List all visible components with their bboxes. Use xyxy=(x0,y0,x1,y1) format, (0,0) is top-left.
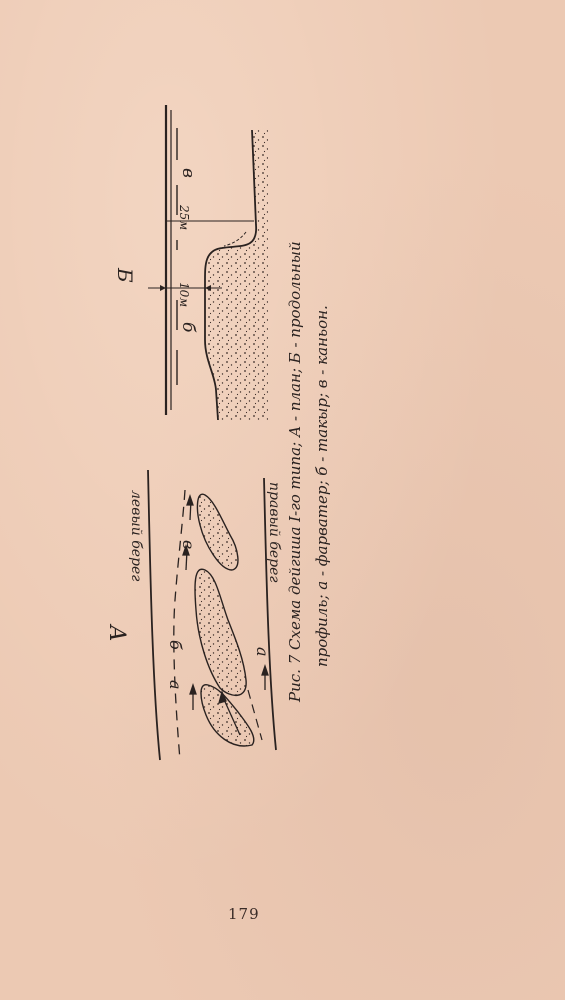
book-page: Б 25м 10м в б А левый берег xyxy=(0,0,565,1000)
panel-b-profile: Б 25м 10м в б xyxy=(113,105,268,420)
panel-b-label-b: б xyxy=(178,322,198,333)
dimension-10m: 10м xyxy=(177,282,191,307)
caption-line-1: Рис. 7 Схема дейгиша I-го типа; А - план… xyxy=(286,241,304,703)
right-bank-label: правый берег xyxy=(266,482,282,583)
panel-a-plan: А левый берег правый берег а б в а xyxy=(104,470,282,760)
label-b-takyr: б xyxy=(166,640,185,650)
panel-b-letter: Б xyxy=(113,267,137,283)
label-a-fairway: а xyxy=(166,680,185,690)
panel-a-letter: А xyxy=(104,623,129,642)
panel-b-label-v: в xyxy=(178,168,198,178)
label-v-canyon: в xyxy=(179,540,198,549)
dimension-25m: 25м xyxy=(177,204,191,230)
figure-caption: Рис. 7 Схема дейгиша I-го типа; А - план… xyxy=(286,241,331,703)
left-bank-label: левый берег xyxy=(128,490,144,581)
page-number: 179 xyxy=(228,905,260,923)
caption-line-2: профиль; а - фарватер; б - такыр; в - ка… xyxy=(313,305,331,667)
label-a-bottom: а xyxy=(253,647,272,657)
figure-7: Б 25м 10м в б А левый берег xyxy=(0,0,565,1000)
